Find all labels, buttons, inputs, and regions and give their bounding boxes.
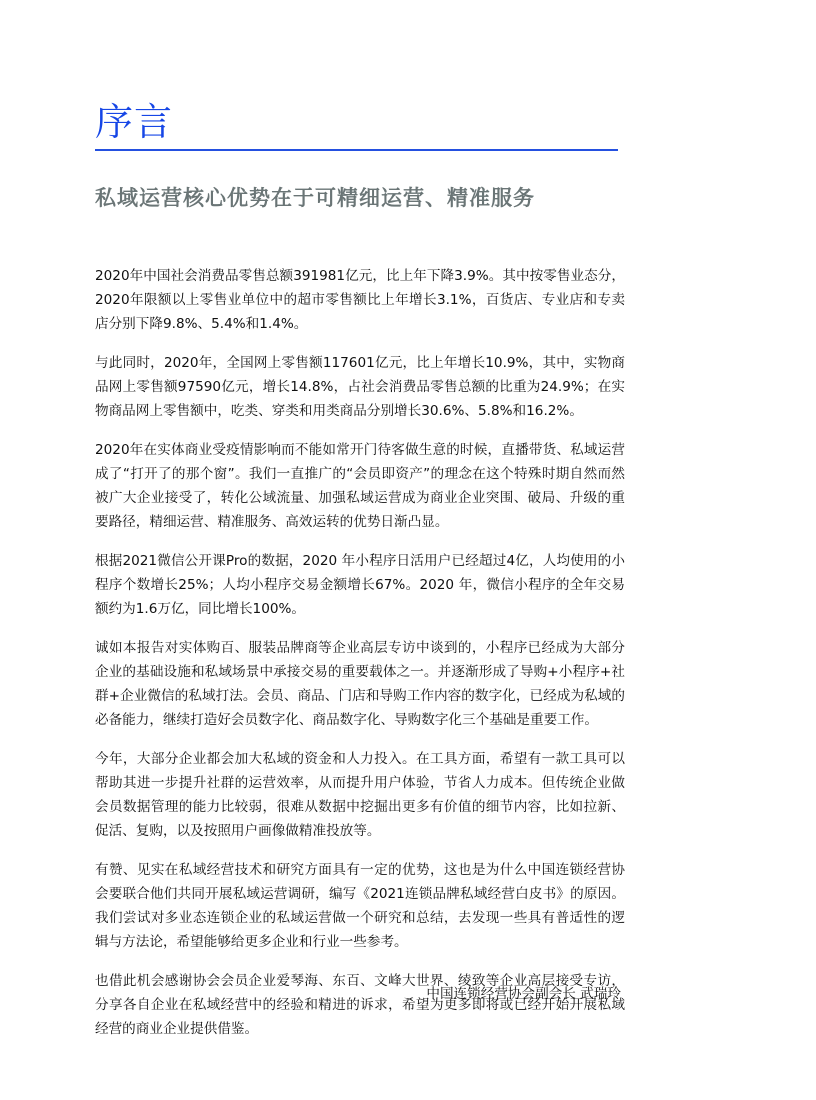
body-text: 2020年中国社会消费品零售总额391981亿元，比上年下降3.9%。其中按零售… — [95, 264, 625, 1056]
paragraph-research-partners: 有赞、见实在私域经营技术和研究方面具有一定的优势，这也是为什么中国连锁经营协会要… — [95, 858, 625, 954]
paragraph-online-retail: 与此同时，2020年，全国网上零售额117601亿元，比上年增长10.9%，其中… — [95, 351, 625, 423]
paragraph-digitalization: 诚如本报告对实体购百、服装品牌商等企业高层专访中谈到的，小程序已经成为大部分企业… — [95, 636, 625, 732]
paragraph-retail-sales: 2020年中国社会消费品零售总额391981亿元，比上年下降3.9%。其中按零售… — [95, 264, 625, 336]
section-subtitle: 私域运营核心优势在于可精细运营、精准服务 — [95, 183, 535, 213]
signature: 中国连锁经营协会副会长 武瑞玲 — [426, 982, 621, 1006]
title-divider — [95, 149, 618, 151]
paragraph-mini-program-data: 根据2021微信公开课Pro的数据，2020 年小程序日活用户已经超过4亿，人均… — [95, 549, 625, 621]
document-page: 序言 私域运营核心优势在于可精细运营、精准服务 2020年中国社会消费品零售总额… — [0, 0, 816, 1100]
page-title: 序言 — [95, 98, 173, 146]
paragraph-investment: 今年，大部分企业都会加大私域的资金和人力投入。在工具方面，希望有一款工具可以帮助… — [95, 747, 625, 843]
paragraph-pandemic-private-domain: 2020年在实体商业受疫情影响而不能如常开门待客做生意的时候，直播带货、私域运营… — [95, 438, 625, 534]
